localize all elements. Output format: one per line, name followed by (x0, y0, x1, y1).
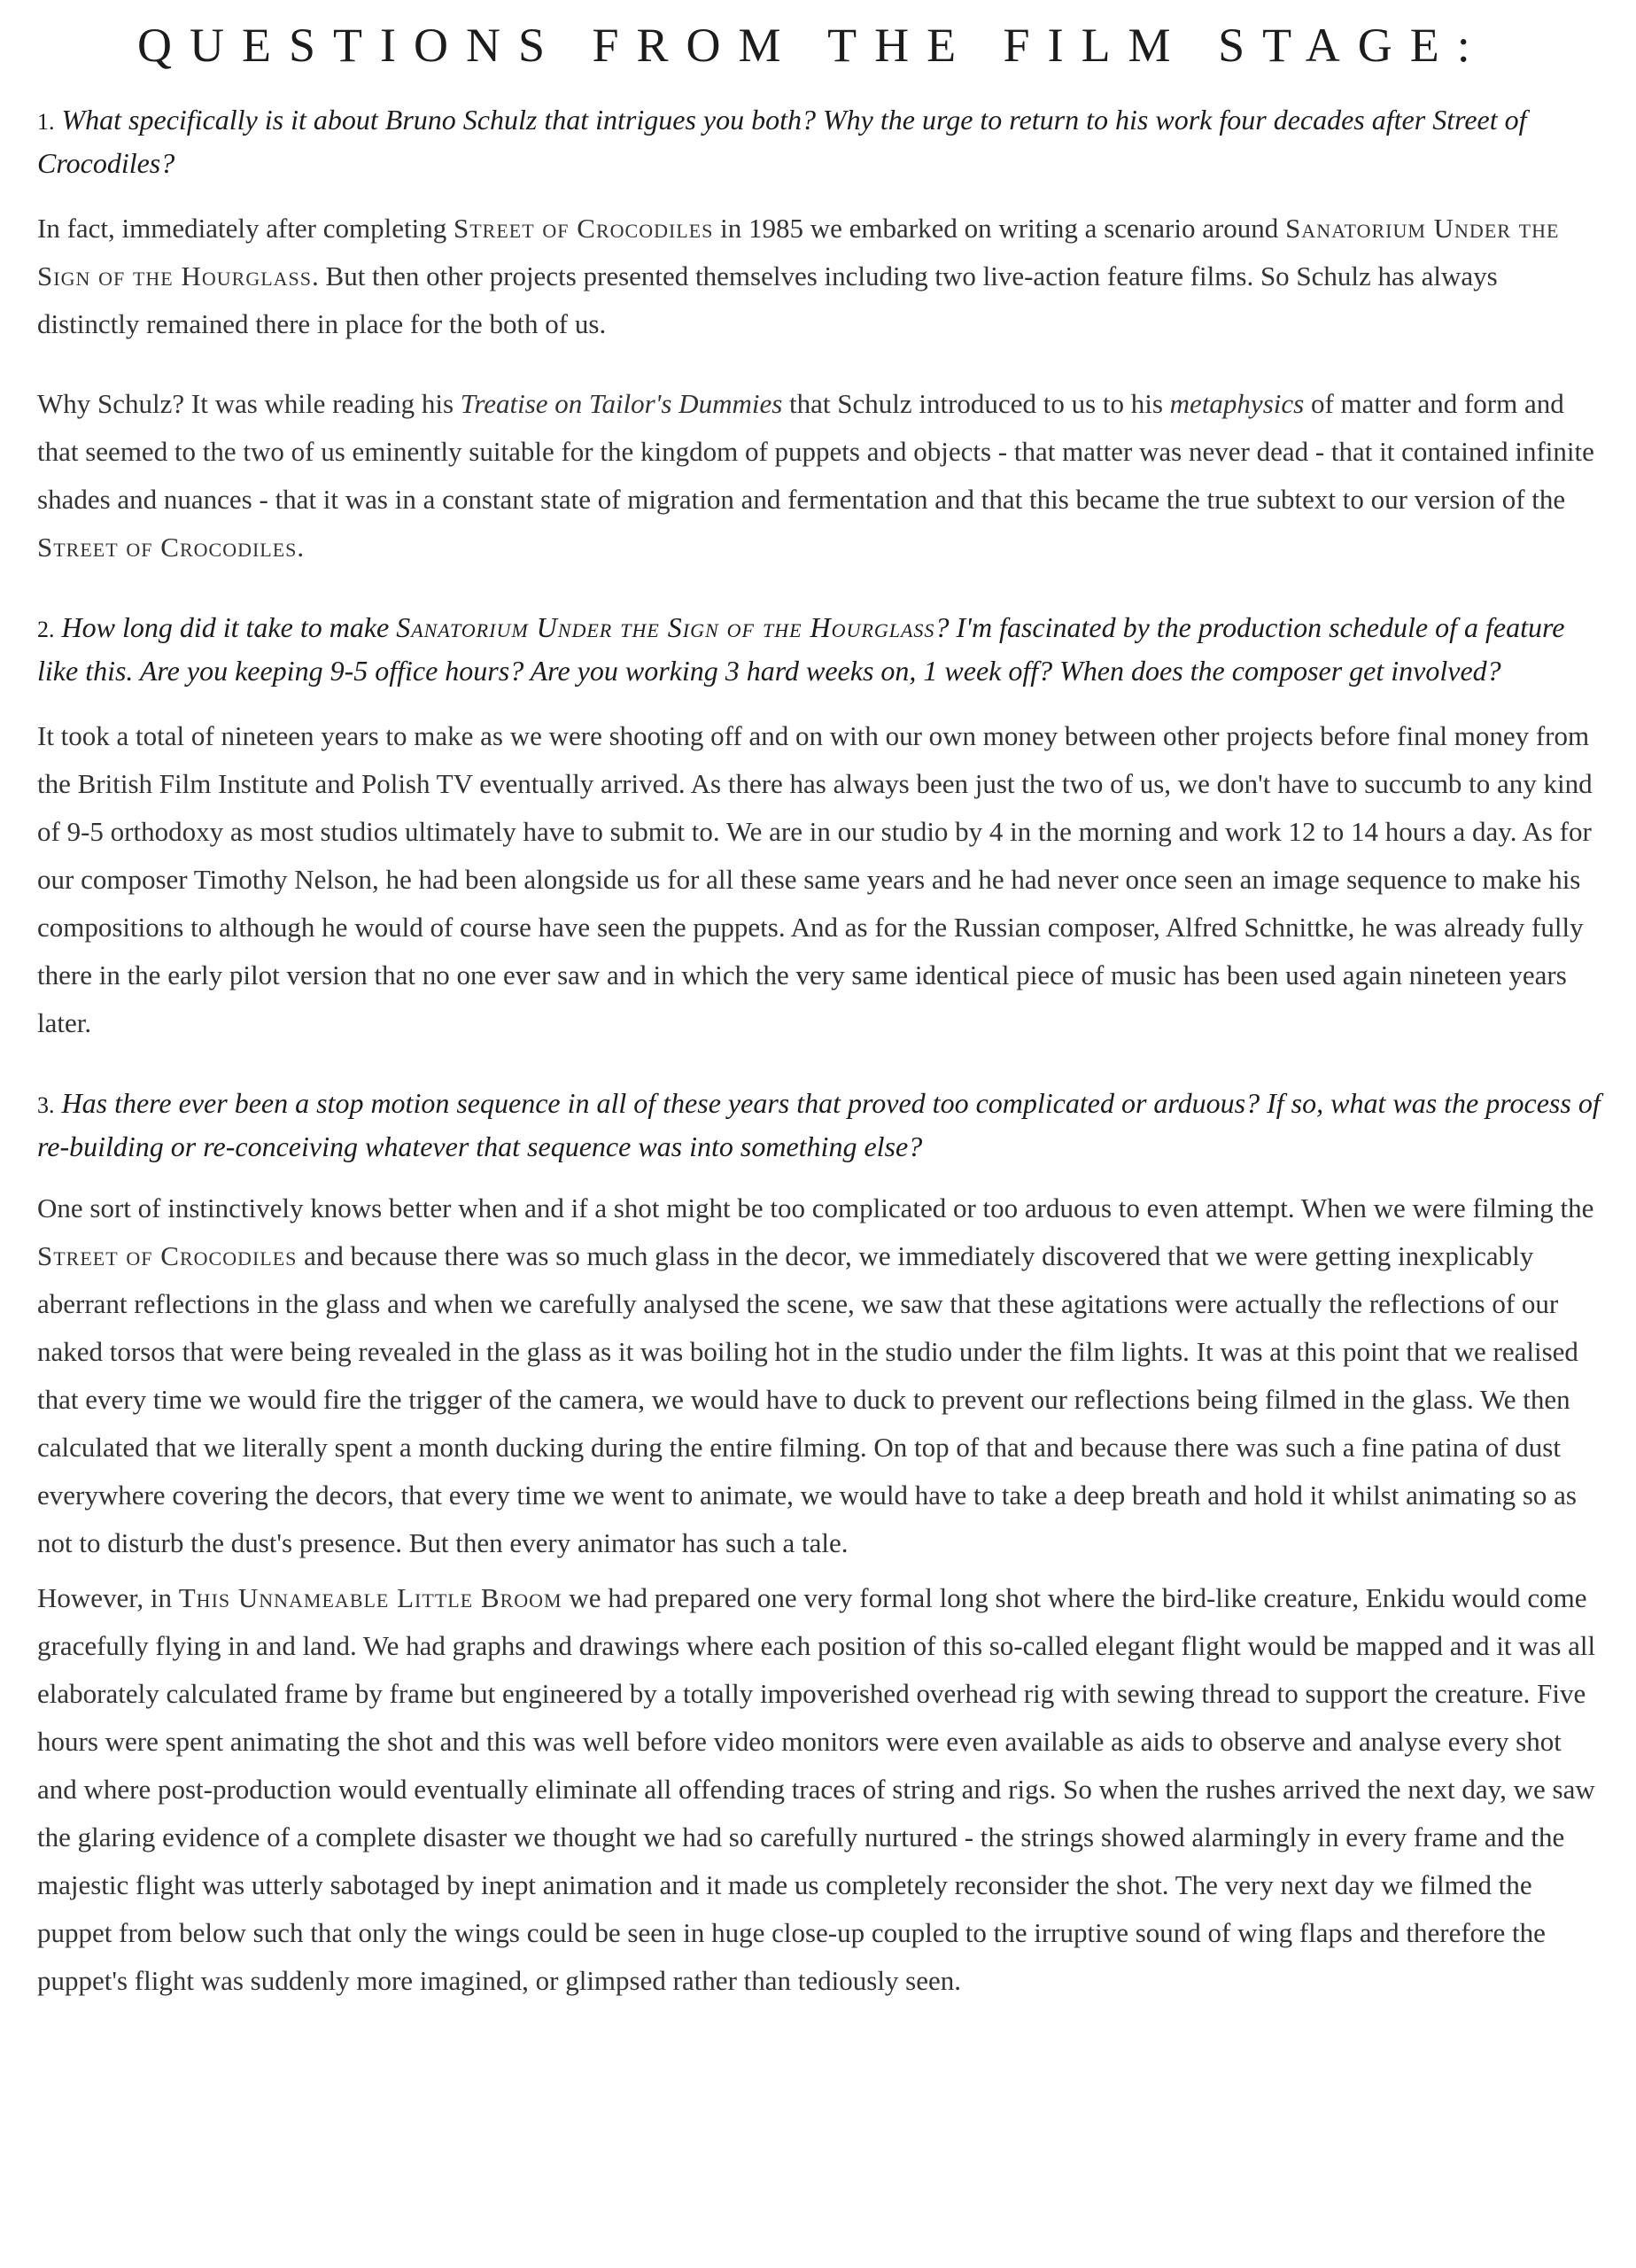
answer-3-paragraph-2: However, in This Unnameable Little Broom… (37, 1574, 1605, 2005)
film-title-street-of-crocodiles: Street of Crocodiles (37, 1240, 297, 1271)
question-text: What specifically is it about Bruno Schu… (37, 104, 1527, 179)
answer-text: Why Schulz? It was while reading his (37, 388, 461, 419)
emphasis-metaphysics: metaphysics (1170, 388, 1305, 419)
question-number: 2. (37, 617, 55, 642)
film-title-unnameable-little-broom: This Unnameable Little Broom (179, 1582, 562, 1613)
answer-2-paragraph-1: It took a total of nineteen years to mak… (37, 712, 1605, 1047)
film-title-sanatorium: Sanatorium Under the Sign of the Hourgla… (396, 611, 934, 643)
answer-text: In fact, immediately after completing (37, 213, 454, 244)
page-title: QUESTIONS FROM THE FILM STAGE: (137, 14, 1605, 76)
question-text: Has there ever been a stop motion sequen… (37, 1087, 1601, 1162)
question-1: 1. What specifically is it about Bruno S… (37, 99, 1605, 183)
book-title-treatise: Treatise on Tailor's Dummies (461, 388, 782, 419)
document-page: QUESTIONS FROM THE FILM STAGE: 1. What s… (37, 0, 1605, 2005)
answer-text: One sort of instinctively knows better w… (37, 1192, 1593, 1223)
answer-text: It took a total of nineteen years to mak… (37, 720, 1593, 1038)
question-text: How long did it take to make (62, 611, 397, 643)
film-title-street-of-crocodiles: Street of Crocodiles (454, 213, 713, 244)
film-title-street-of-crocodiles: Street of Crocodiles (37, 532, 297, 563)
question-number: 3. (37, 1092, 55, 1118)
answer-1-paragraph-1: In fact, immediately after completing St… (37, 205, 1605, 348)
answer-text: However, in (37, 1582, 179, 1613)
question-2: 2. How long did it take to make Sanatori… (37, 607, 1605, 691)
question-3: 3. Has there ever been a stop motion seq… (37, 1083, 1605, 1167)
answer-1-paragraph-2: Why Schulz? It was while reading his Tre… (37, 380, 1605, 571)
answer-text: . (297, 532, 304, 563)
answer-text: we had prepared one very formal long sho… (37, 1582, 1595, 1996)
question-number: 1. (37, 109, 55, 135)
answer-text: and because there was so much glass in t… (37, 1240, 1578, 1558)
answer-text: in 1985 we embarked on writing a scenari… (713, 213, 1285, 244)
answer-text: that Schulz introduced to us to his (782, 388, 1169, 419)
answer-3-paragraph-1: One sort of instinctively knows better w… (37, 1184, 1605, 1567)
